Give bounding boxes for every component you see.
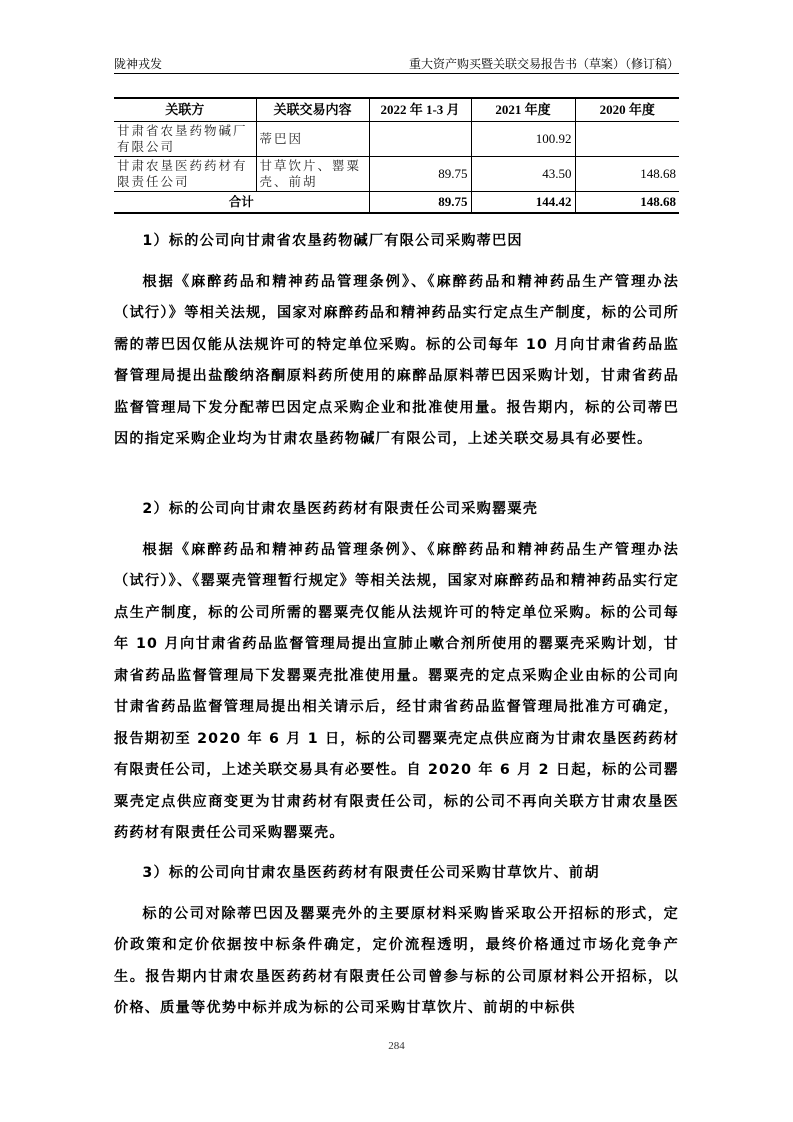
header-doc-title: 重大资产购买暨关联交易报告书（草案）（修订稿）: [409, 57, 679, 71]
total-2021: 144.42: [471, 192, 575, 214]
col-header: 关联方: [114, 98, 256, 122]
section-2: 2）标的公司向甘肃农垦医药药材有限责任公司采购罂粟壳 根据《麻醉药品和精神药品管…: [114, 494, 679, 850]
related-transactions-table: 关联方 关联交易内容 2022 年 1-3 月 2021 年度 2020 年度 …: [114, 97, 679, 214]
cell-2020: 148.68: [575, 157, 679, 192]
table-row: 甘肃省农垦药物碱厂有限公司 蒂巴因 100.92: [114, 122, 679, 157]
page-header: 陇神戎发 重大资产购买暨关联交易报告书（草案）（修订稿）: [114, 57, 679, 74]
col-header: 2022 年 1-3 月: [369, 98, 471, 122]
section-heading: 1）标的公司向甘肃省农垦药物碱厂有限公司采购蒂巴因: [114, 226, 679, 258]
total-2020: 148.68: [575, 192, 679, 214]
section-1: 1）标的公司向甘肃省农垦药物碱厂有限公司采购蒂巴因 根据《麻醉药品和精神药品管理…: [114, 226, 679, 456]
section-paragraph: 根据《麻醉药品和精神药品管理条例》、《麻醉药品和精神药品生产管理办法（试行）》、…: [114, 535, 679, 850]
table-header-row: 关联方 关联交易内容 2022 年 1-3 月 2021 年度 2020 年度: [114, 98, 679, 122]
total-label: 合计: [114, 192, 369, 214]
section-paragraph: 根据《麻醉药品和精神药品管理条例》、《麻醉药品和精神药品生产管理办法（试行）》等…: [114, 267, 679, 456]
table-row: 甘肃农垦医药药材有限责任公司 甘草饮片、罂粟壳、前胡 89.75 43.50 1…: [114, 157, 679, 192]
col-header: 2021 年度: [471, 98, 575, 122]
table-total-row: 合计 89.75 144.42 148.68: [114, 192, 679, 214]
col-header: 关联交易内容: [256, 98, 369, 122]
cell-2021: 43.50: [471, 157, 575, 192]
cell-party: 甘肃农垦医药药材有限责任公司: [114, 157, 256, 192]
cell-2020: [575, 122, 679, 157]
total-q1-2022: 89.75: [369, 192, 471, 214]
cell-content: 甘草饮片、罂粟壳、前胡: [256, 157, 369, 192]
cell-party: 甘肃省农垦药物碱厂有限公司: [114, 122, 256, 157]
cell-q1-2022: 89.75: [369, 157, 471, 192]
section-heading: 3）标的公司向甘肃农垦医药药材有限责任公司采购甘草饮片、前胡: [114, 858, 679, 890]
section-heading: 2）标的公司向甘肃农垦医药药材有限责任公司采购罂粟壳: [114, 494, 679, 526]
header-company: 陇神戎发: [114, 57, 162, 71]
col-header: 2020 年度: [575, 98, 679, 122]
cell-2021: 100.92: [471, 122, 575, 157]
cell-content: 蒂巴因: [256, 122, 369, 157]
section-3: 3）标的公司向甘肃农垦医药药材有限责任公司采购甘草饮片、前胡 标的公司对除蒂巴因…: [114, 858, 679, 1025]
cell-q1-2022: [369, 122, 471, 157]
page-number: 284: [0, 1040, 793, 1052]
section-paragraph: 标的公司对除蒂巴因及罂粟壳外的主要原材料采购皆采取公开招标的形式，定价政策和定价…: [114, 899, 679, 1025]
